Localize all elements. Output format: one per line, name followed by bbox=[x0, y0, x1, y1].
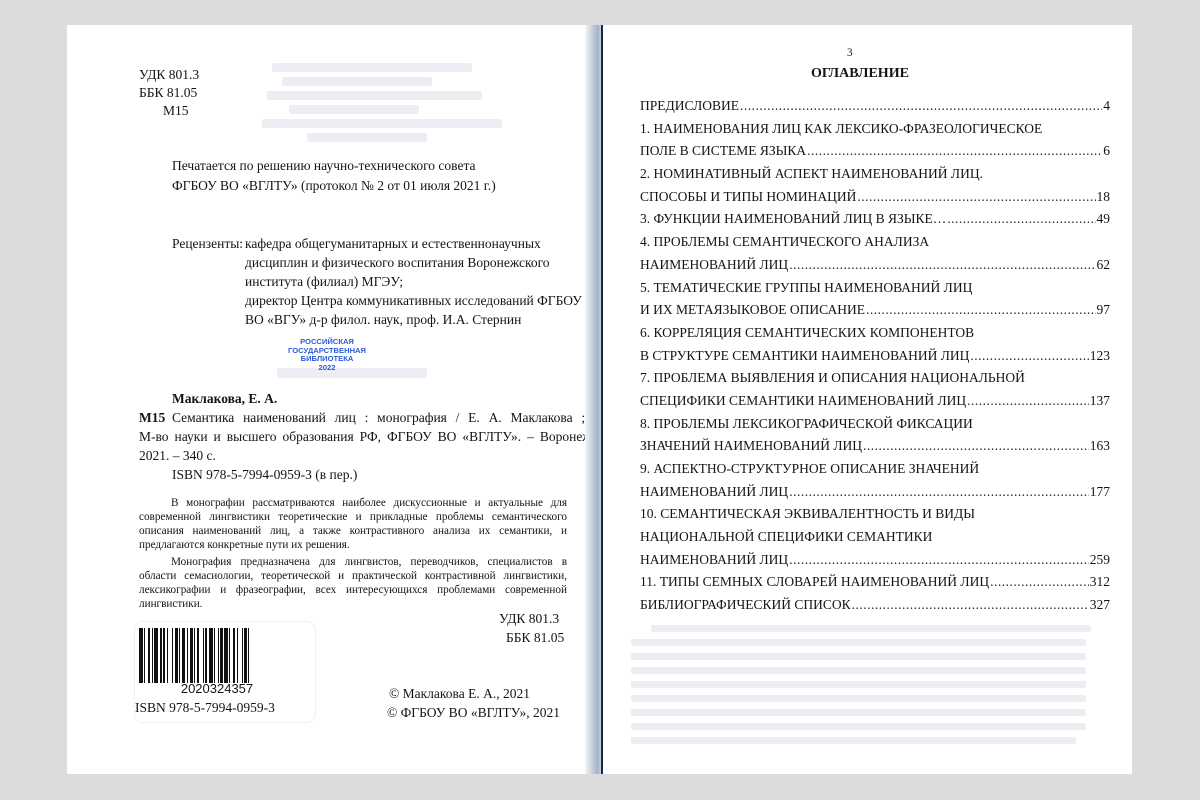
toc-entry-title: 7. ПРОБЛЕМА ВЫЯВЛЕНИЯ И ОПИСАНИЯ НАЦИОНА… bbox=[640, 367, 1025, 390]
toc-entry-title: 1. НАИМЕНОВАНИЯ ЛИЦ КАК ЛЕКСИКО-ФРАЗЕОЛО… bbox=[640, 118, 1042, 141]
toc-leader-dots bbox=[947, 208, 1095, 231]
record-line3: 2021. – 340 с. bbox=[139, 448, 216, 464]
book-gutter bbox=[585, 25, 601, 774]
reviewers-label: Рецензенты: bbox=[172, 236, 243, 252]
toc-leader-dots bbox=[857, 186, 1095, 209]
copyright-author: © Маклакова Е. А., 2021 bbox=[389, 686, 530, 702]
toc-entry-title: 2. НОМИНАТИВНЫЙ АСПЕКТ НАИМЕНОВАНИЙ ЛИЦ. bbox=[640, 163, 983, 186]
stamp-line: 2022 bbox=[282, 364, 372, 373]
reviewer-line: кафедра общегуманитарных и естественнона… bbox=[245, 236, 541, 252]
toc-leader-dots bbox=[807, 140, 1102, 163]
table-of-contents: ПРЕДИСЛОВИЕ41. НАИМЕНОВАНИЯ ЛИЦ КАК ЛЕКС… bbox=[640, 95, 1110, 617]
toc-entry-continued: 4. ПРОБЛЕМЫ СЕМАНТИЧЕСКОГО АНАЛИЗА bbox=[640, 231, 1110, 254]
toc-page-number: 137 bbox=[1090, 390, 1110, 413]
library-stamp: РОССИЙСКАЯ ГОСУДАРСТВЕННАЯ БИБЛИОТЕКА 20… bbox=[282, 338, 372, 372]
toc-leader-dots bbox=[967, 390, 1089, 413]
bleed-through bbox=[289, 105, 419, 114]
toc-page-number: 163 bbox=[1090, 435, 1110, 458]
record-line1: Семантика наименований лиц : монография … bbox=[172, 410, 565, 426]
bleed-through bbox=[651, 625, 1091, 632]
toc-title: ОГЛАВЛЕНИЕ bbox=[811, 66, 909, 82]
toc-page-number: 123 bbox=[1090, 345, 1110, 368]
toc-entry-title: И ИХ МЕТАЯЗЫКОВОЕ ОПИСАНИЕ bbox=[640, 299, 865, 322]
toc-entry-title: 3. ФУНКЦИИ НАИМЕНОВАНИЙ ЛИЦ В ЯЗЫКЕ… bbox=[640, 208, 946, 231]
toc-entry-title: ПОЛЕ В СИСТЕМЕ ЯЗЫКА bbox=[640, 140, 806, 163]
toc-entry-title: СПОСОБЫ И ТИПЫ НОМИНАЦИЙ bbox=[640, 186, 856, 209]
reviewer-line: ВО «ВГУ» д-р филол. наук, проф. И.А. Сте… bbox=[245, 312, 521, 328]
toc-entry-continued: НАЦИОНАЛЬНОЙ СПЕЦИФИКИ СЕМАНТИКИ bbox=[640, 526, 1110, 549]
toc-page-number: 6 bbox=[1103, 140, 1110, 163]
toc-entry-continued: 6. КОРРЕЛЯЦИЯ СЕМАНТИЧЕСКИХ КОМПОНЕНТОВ bbox=[640, 322, 1110, 345]
toc-leader-dots bbox=[740, 95, 1102, 118]
toc-leader-dots bbox=[789, 254, 1095, 277]
toc-entry: ПРЕДИСЛОВИЕ4 bbox=[640, 95, 1110, 118]
bbk-code: ББК 81.05 bbox=[139, 85, 197, 101]
toc-entry-title: В СТРУКТУРЕ СЕМАНТИКИ НАИМЕНОВАНИЙ ЛИЦ bbox=[640, 345, 969, 368]
bleed-through bbox=[631, 709, 1086, 716]
page-number: 3 bbox=[847, 46, 853, 60]
toc-entry: НАИМЕНОВАНИЙ ЛИЦ259 bbox=[640, 549, 1110, 572]
toc-entry: НАИМЕНОВАНИЙ ЛИЦ177 bbox=[640, 481, 1110, 504]
toc-entry-continued: 9. АСПЕКТНО-СТРУКТУРНОЕ ОПИСАНИЕ ЗНАЧЕНИ… bbox=[640, 458, 1110, 481]
udk-code: УДК 801.3 bbox=[139, 67, 199, 83]
bleed-through bbox=[262, 119, 502, 128]
bleed-through bbox=[631, 737, 1076, 744]
footer-bbk-code: ББК 81.05 bbox=[506, 630, 564, 646]
toc-entry-title: 10. СЕМАНТИЧЕСКАЯ ЭКВИВАЛЕНТНОСТЬ И ВИДЫ bbox=[640, 503, 975, 526]
record-mark: М15 bbox=[139, 410, 165, 426]
barcode-number: 2020324357 bbox=[137, 682, 297, 696]
record-line2: М-во науки и высшего образования РФ, ФГБ… bbox=[139, 429, 595, 445]
toc-entry-title: ПРЕДИСЛОВИЕ bbox=[640, 95, 739, 118]
toc-entry-title: 6. КОРРЕЛЯЦИЯ СЕМАНТИЧЕСКИХ КОМПОНЕНТОВ bbox=[640, 322, 974, 345]
left-page: УДК 801.3 ББК 81.05 М15 Печатается по ре… bbox=[67, 25, 585, 774]
toc-page-number: 259 bbox=[1090, 549, 1110, 572]
reviewer-line: дисциплин и физического воспитания Ворон… bbox=[245, 255, 550, 271]
toc-entry: В СТРУКТУРЕ СЕМАНТИКИ НАИМЕНОВАНИЙ ЛИЦ12… bbox=[640, 345, 1110, 368]
reviewer-line: директор Центра коммуникативных исследов… bbox=[245, 293, 582, 309]
toc-page-number: 97 bbox=[1097, 299, 1111, 322]
reviewer-line: института (филиал) МГЭУ; bbox=[245, 274, 403, 290]
print-approval-line1: Печатается по решению научно-техническог… bbox=[172, 158, 476, 174]
bleed-through bbox=[631, 667, 1086, 674]
bleed-through bbox=[272, 63, 472, 72]
toc-leader-dots bbox=[789, 549, 1089, 572]
annotation-paragraph-2: Монография предназначена для лингвистов,… bbox=[139, 555, 567, 611]
author-mark: М15 bbox=[163, 103, 189, 119]
toc-entry-title: 9. АСПЕКТНО-СТРУКТУРНОЕ ОПИСАНИЕ ЗНАЧЕНИ… bbox=[640, 458, 979, 481]
toc-entry: БИБЛИОГРАФИЧЕСКИЙ СПИСОК327 bbox=[640, 594, 1110, 617]
toc-entry: 3. ФУНКЦИИ НАИМЕНОВАНИЙ ЛИЦ В ЯЗЫКЕ…49 bbox=[640, 208, 1110, 231]
toc-entry-title: НАИМЕНОВАНИЙ ЛИЦ bbox=[640, 254, 788, 277]
toc-entry-title: СПЕЦИФИКИ СЕМАНТИКИ НАИМЕНОВАНИЙ ЛИЦ bbox=[640, 390, 966, 413]
toc-page-number: 18 bbox=[1097, 186, 1111, 209]
toc-entry-title: НАИМЕНОВАНИЙ ЛИЦ bbox=[640, 549, 788, 572]
toc-leader-dots bbox=[789, 481, 1089, 504]
toc-entry: СПЕЦИФИКИ СЕМАНТИКИ НАИМЕНОВАНИЙ ЛИЦ137 bbox=[640, 390, 1110, 413]
toc-leader-dots bbox=[863, 435, 1089, 458]
toc-leader-dots bbox=[866, 299, 1096, 322]
toc-entry-title: БИБЛИОГРАФИЧЕСКИЙ СПИСОК bbox=[640, 594, 851, 617]
barcode-isbn: ISBN 978-5-7994-0959-3 bbox=[135, 700, 275, 716]
toc-entry-continued: 8. ПРОБЛЕМЫ ЛЕКСИКОГРАФИЧЕСКОЙ ФИКСАЦИИ bbox=[640, 413, 1110, 436]
bleed-through bbox=[282, 77, 432, 86]
bleed-through bbox=[631, 653, 1086, 660]
toc-entry-continued: 7. ПРОБЛЕМА ВЫЯВЛЕНИЯ И ОПИСАНИЯ НАЦИОНА… bbox=[640, 367, 1110, 390]
toc-page-number: 312 bbox=[1090, 571, 1110, 594]
toc-entry-title: 11. ТИПЫ СЕМНЫХ СЛОВАРЕЙ НАИМЕНОВАНИЙ ЛИ… bbox=[640, 571, 989, 594]
print-approval-line2: ФГБОУ ВО «ВГЛТУ» (протокол № 2 от 01 июл… bbox=[172, 178, 496, 194]
toc-entry-continued: 1. НАИМЕНОВАНИЯ ЛИЦ КАК ЛЕКСИКО-ФРАЗЕОЛО… bbox=[640, 118, 1110, 141]
toc-entry-continued: 5. ТЕМАТИЧЕСКИЕ ГРУППЫ НАИМЕНОВАНИЙ ЛИЦ bbox=[640, 277, 1110, 300]
toc-leader-dots bbox=[990, 571, 1089, 594]
toc-entry-title: НАИМЕНОВАНИЙ ЛИЦ bbox=[640, 481, 788, 504]
right-page: 3 ОГЛАВЛЕНИЕ ПРЕДИСЛОВИЕ41. НАИМЕНОВАНИЯ… bbox=[603, 25, 1132, 774]
toc-entry: 11. ТИПЫ СЕМНЫХ СЛОВАРЕЙ НАИМЕНОВАНИЙ ЛИ… bbox=[640, 571, 1110, 594]
toc-page-number: 62 bbox=[1097, 254, 1111, 277]
record-author: Маклакова, Е. А. bbox=[172, 391, 277, 407]
copyright-university: © ФГБОУ ВО «ВГЛТУ», 2021 bbox=[387, 705, 560, 721]
bleed-through bbox=[307, 133, 427, 142]
toc-entry-continued: 2. НОМИНАТИВНЫЙ АСПЕКТ НАИМЕНОВАНИЙ ЛИЦ. bbox=[640, 163, 1110, 186]
toc-entry: ПОЛЕ В СИСТЕМЕ ЯЗЫКА6 bbox=[640, 140, 1110, 163]
bleed-through bbox=[631, 723, 1086, 730]
record-isbn: ISBN 978-5-7994-0959-3 (в пер.) bbox=[172, 467, 357, 483]
barcode bbox=[139, 628, 297, 683]
toc-entry: НАИМЕНОВАНИЙ ЛИЦ62 bbox=[640, 254, 1110, 277]
bleed-through bbox=[631, 695, 1086, 702]
toc-entry: СПОСОБЫ И ТИПЫ НОМИНАЦИЙ18 bbox=[640, 186, 1110, 209]
toc-page-number: 327 bbox=[1090, 594, 1110, 617]
toc-entry-title: НАЦИОНАЛЬНОЙ СПЕЦИФИКИ СЕМАНТИКИ bbox=[640, 526, 932, 549]
toc-entry-title: 4. ПРОБЛЕМЫ СЕМАНТИЧЕСКОГО АНАЛИЗА bbox=[640, 231, 929, 254]
toc-page-number: 49 bbox=[1097, 208, 1111, 231]
toc-entry: И ИХ МЕТАЯЗЫКОВОЕ ОПИСАНИЕ97 bbox=[640, 299, 1110, 322]
toc-entry: ЗНАЧЕНИЙ НАИМЕНОВАНИЙ ЛИЦ163 bbox=[640, 435, 1110, 458]
toc-page-number: 177 bbox=[1090, 481, 1110, 504]
bleed-through bbox=[631, 639, 1086, 646]
toc-entry-title: ЗНАЧЕНИЙ НАИМЕНОВАНИЙ ЛИЦ bbox=[640, 435, 862, 458]
toc-entry-title: 5. ТЕМАТИЧЕСКИЕ ГРУППЫ НАИМЕНОВАНИЙ ЛИЦ bbox=[640, 277, 972, 300]
footer-udk-code: УДК 801.3 bbox=[499, 611, 559, 627]
toc-entry-continued: 10. СЕМАНТИЧЕСКАЯ ЭКВИВАЛЕНТНОСТЬ И ВИДЫ bbox=[640, 503, 1110, 526]
bleed-through bbox=[267, 91, 482, 100]
book-spread: УДК 801.3 ББК 81.05 М15 Печатается по ре… bbox=[67, 25, 1132, 774]
bleed-through bbox=[631, 681, 1086, 688]
toc-entry-title: 8. ПРОБЛЕМЫ ЛЕКСИКОГРАФИЧЕСКОЙ ФИКСАЦИИ bbox=[640, 413, 973, 436]
toc-leader-dots bbox=[970, 345, 1088, 368]
annotation-paragraph-1: В монографии рассматриваются наиболее ди… bbox=[139, 496, 567, 552]
toc-page-number: 4 bbox=[1103, 95, 1110, 118]
toc-leader-dots bbox=[852, 594, 1089, 617]
